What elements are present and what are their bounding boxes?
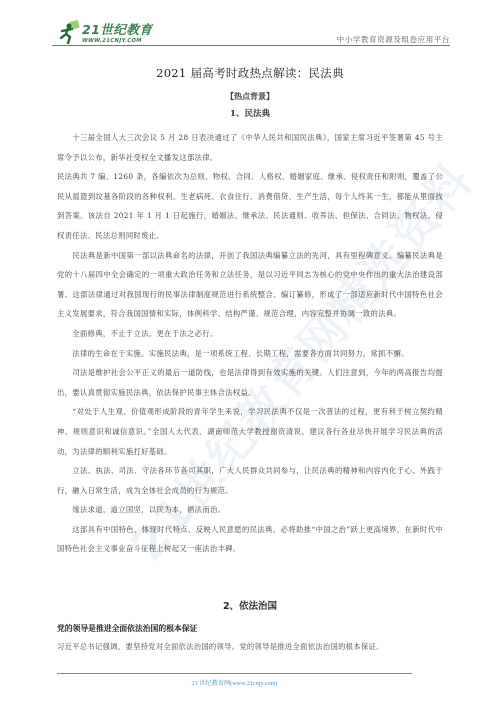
paragraph: 民法典共 7 编、1260 条，各编依次为总则、物权、合同、人格权、婚姻家庭、继… [57,167,443,245]
subsection-heading: 党的领导是推进全面依法治国的根本保证 [57,623,197,634]
header-divider [52,45,450,46]
paragraph: “对处于人生观、价值观形成阶段的青年学生来说，学习民法典不仅是一次普法的过程，更… [57,402,443,461]
paragraph: 法律的生命在于实施。实施民法典，是一项系统工程、长期工程，需要各方面共同努力，常… [57,344,443,364]
platform-tagline: 中小学教育资源及组卷应用平台 [337,34,450,45]
site-logo[interactable]: 21世纪教育 WWW.21CNJY.COM [58,16,152,44]
section-heading-civil-code: 1、民法典 [0,107,500,119]
footer-link[interactable]: 21 世纪教育网(www.21cnjy.com) [57,678,412,687]
runner-logo-icon [58,20,80,44]
body-content: 十三届全国人大三次会议 5 月 28 日表决通过了《中华人民共和国民法典》，国家… [57,128,443,559]
logo-url: WWW.21CNJY.COM [82,39,152,44]
paragraph: 立法、执法、司法、守法各环节各司其职，广大人民群众共同参与，让民法典的精神和内容… [57,461,443,500]
paragraph: 习近平总书记强调，要坚持党对全面依法治国的领导。党的领导是推进全面依法治国的根本… [57,642,447,652]
paragraph: 民法典是新中国第一部以法典命名的法律，开创了我国法典编纂立法的先河，具有里程碑意… [57,246,443,324]
paragraph: 十三届全国人大三次会议 5 月 28 日表决通过了《中华人民共和国民法典》，国家… [57,128,443,167]
footer-divider [57,673,412,674]
paragraph: 司法是维护社会公平正义的最后一道防线，也是法律得到有效实施的关键。人们注意到，今… [57,363,443,402]
document-title: 2021 届高考时政热点解读：民法典 [0,65,500,81]
page-header: 21世纪教育 WWW.21CNJY.COM 中小学教育资源及组卷应用平台 [52,14,450,46]
paragraph: 缘法求道，道立国坚，以民为本，循法而治。 [57,500,443,520]
paragraph: 这部具有中国特色、体现时代特点、反映人民意愿的民法典，必将助推“中国之治”跃上更… [57,520,443,559]
document-page: 21世纪教育 WWW.21CNJY.COM 中小学教育资源及组卷应用平台 21世… [0,0,500,707]
hot-topic-background-label: 【热点背景】 [0,91,500,102]
paragraph: 全面修典，不止于立法，更在于法之必行。 [57,324,443,344]
section-heading-rule-of-law: 2、依法治国 [0,598,500,612]
logo-title: 21世纪教育 [82,24,152,37]
